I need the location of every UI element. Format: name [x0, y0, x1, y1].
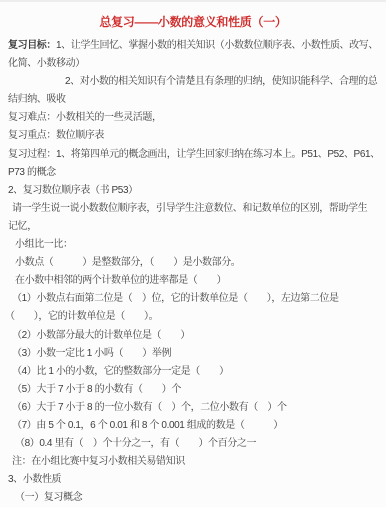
goals-label: 复习目标：	[8, 40, 56, 51]
doc-line-note: 注：在小组比赛中复习小数相关易错知识	[12, 453, 386, 471]
doc-line-goals: 复习目标：1、让学生回忆、掌握小数的相关知识（小数数位顺序表、小数性质、改写、	[8, 37, 386, 55]
doc-line-q2: （2）小数部分最大的计数单位是（ ）	[12, 327, 386, 345]
doc-line: 2、复习数位顺序表（书 P53）	[8, 182, 386, 200]
doc-line-q5: （5）大于 7 小于 8 的小数有（ ）个	[12, 381, 386, 399]
page-title: 总复习——小数的意义和性质（一）	[0, 14, 386, 30]
doc-line: （ ），它的计数单位是（ ）。	[5, 308, 386, 326]
doc-line-q1: （1）小数点右面第二位是（ ）位，它的计数单位是（ ），左边第二位是	[12, 290, 386, 308]
doc-line: 化简、小数移动）	[8, 55, 386, 73]
doc-line-group-compare: 小组比一比：	[15, 236, 386, 254]
doc-line-process: 复习过程：1、将第四单元的概念画出，让学生回家归纳在练习本上。P51、P52、P…	[8, 146, 386, 164]
doc-line-q7: （7）由 5 个 0.1，6 个 0.01 和 8 个 0.001 组成的数是（…	[12, 417, 386, 435]
doc-line: 结归纳、吸收	[8, 91, 386, 109]
doc-line-q6: （6）大于 7 小于 8 的一位小数有（ ）个，二位小数有（ ）个	[12, 399, 386, 417]
doc-line-q8: （8）0.4 里有（ ）个十分之一，有（ ）个百分之一	[15, 435, 386, 453]
doc-line: （一）复习概念	[15, 489, 386, 507]
doc-line: 请一学生说一说小数数位顺序表，引导学生注意数位、和记数单位的区别，帮助学生	[12, 200, 386, 218]
document-body: 复习目标：1、让学生回忆、掌握小数的相关知识（小数数位顺序表、小数性质、改写、 …	[0, 37, 386, 507]
doc-line-focus: 复习重点：数位顺序表	[8, 127, 386, 145]
doc-line-section3: 3、小数性质	[8, 471, 386, 489]
doc-line: 记忆，	[8, 218, 386, 236]
doc-line: 在小数中相邻的两个计数单位的进率都是（ ）	[15, 272, 386, 290]
doc-line: 2、对小数的相关知识有个清楚且有条理的归纳，使知识能科学、合理的总	[65, 73, 386, 91]
doc-line-q4: （4）比 1 小的小数，它的整数部分一定是（ ）	[12, 363, 386, 381]
doc-line: 小数点（ ）是整数部分，（ ）是小数部分。	[15, 254, 386, 272]
doc-line-q3: （3）小数一定比 1 小吗（ ）举例	[12, 345, 386, 363]
document-page: 总复习——小数的意义和性质（一） 复习目标：1、让学生回忆、掌握小数的相关知识（…	[0, 0, 386, 507]
goals-text: 1、让学生回忆、掌握小数的相关知识（小数数位顺序表、小数性质、改写、	[56, 40, 378, 51]
doc-line: P73 的概念	[8, 164, 386, 182]
doc-line-difficulty: 复习难点：小数相关的一些灵活题，	[8, 109, 386, 127]
